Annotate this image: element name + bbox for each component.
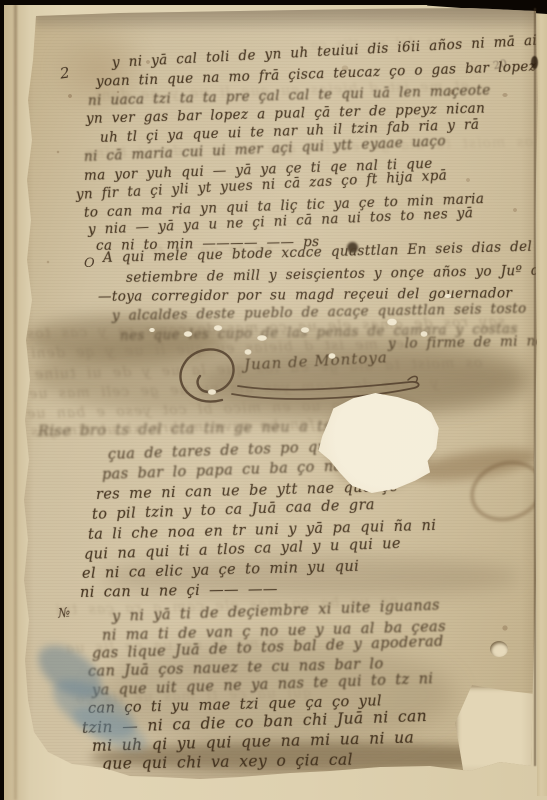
photo-vignette (0, 0, 547, 800)
manuscript-photo: ua del ua tlis co et me ist d bieias eu … (0, 0, 547, 800)
